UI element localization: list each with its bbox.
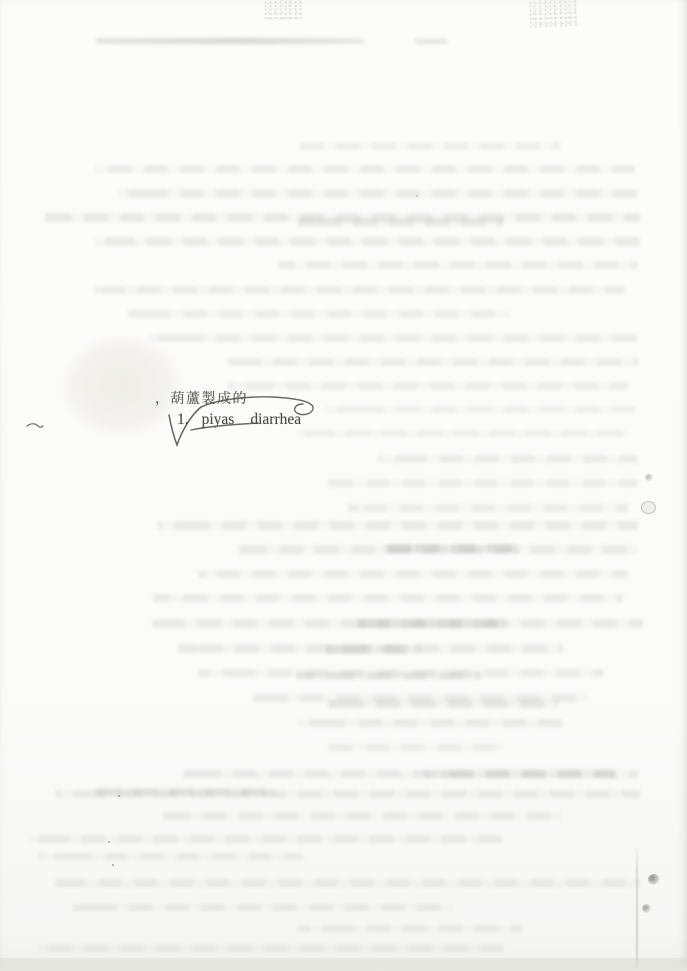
- ink-smudge-top-left: [263, 0, 303, 20]
- bleed-row-dark: [95, 788, 275, 796]
- bleed-row: [178, 644, 563, 653]
- bleed-row-dark: [326, 645, 421, 654]
- ink-smudge-top-right: [528, 0, 579, 29]
- bleed-row-dark: [296, 672, 481, 680]
- bleed-row: [198, 669, 603, 677]
- bleed-row: [278, 261, 638, 269]
- paper-blemish-right-lower: [641, 501, 656, 514]
- bleed-row: [228, 358, 638, 366]
- bleed-row: [148, 334, 638, 342]
- faded-header-line-segment: [415, 39, 447, 44]
- bleed-row: [348, 504, 628, 512]
- bleed-row: [128, 310, 508, 318]
- bleed-row: [325, 406, 635, 413]
- bleed-row: [118, 189, 638, 198]
- bleed-row: [38, 853, 303, 860]
- entry-term: piyas: [202, 411, 235, 428]
- pencil-speck: [108, 841, 110, 843]
- bleed-row: [228, 382, 628, 390]
- bleed-row: [328, 744, 503, 751]
- bleed-row: [55, 879, 640, 887]
- bleed-row: [253, 694, 588, 702]
- bleed-row: [73, 904, 453, 911]
- pencil-speck: [112, 864, 114, 866]
- chinese-note-text: ，葫蘆製成的: [155, 388, 248, 408]
- bleed-row-dark: [425, 770, 615, 778]
- bleed-row: [95, 165, 635, 173]
- bleed-row: [328, 479, 638, 487]
- pencil-speck: [118, 795, 120, 797]
- bleed-row: [298, 925, 523, 932]
- bleed-row: [95, 237, 640, 246]
- bleed-row: [158, 521, 638, 530]
- dictionary-entry-line: 1.piyasdiarrhea: [177, 411, 301, 429]
- bleed-row: [238, 545, 638, 554]
- bleed-row-dark: [383, 544, 518, 553]
- binding-hole-upper: [648, 874, 660, 885]
- handwritten-pen-marks: [0, 0, 687, 971]
- bleed-row: [95, 286, 625, 294]
- bleed-row-dark: [328, 700, 558, 708]
- bleed-row: [298, 430, 628, 437]
- bleed-row: [378, 455, 638, 463]
- bleed-row-dark: [356, 619, 506, 628]
- bleed-row: [153, 619, 643, 628]
- pen-tilde-mark: [27, 424, 43, 427]
- paper-blemish-right-upper: [645, 474, 653, 481]
- bleed-row: [298, 719, 563, 727]
- bleed-row: [28, 835, 503, 843]
- bleed-row: [300, 142, 560, 150]
- scanned-page: ，葫蘆製成的 1.piyasdiarrhea: [0, 0, 687, 971]
- bleed-row: [38, 945, 503, 952]
- scan-bottom-edge: [0, 958, 687, 971]
- entry-gloss: diarrhea: [250, 411, 301, 428]
- bleed-row-dark: [298, 218, 503, 227]
- pencil-speck: [416, 195, 418, 197]
- bleed-row: [183, 770, 638, 778]
- binding-hole-lower: [642, 904, 651, 913]
- bleed-row: [198, 570, 628, 578]
- bleed-row: [45, 213, 640, 222]
- bleed-row: [55, 790, 640, 798]
- faded-header-line: [96, 38, 364, 44]
- bleed-row: [153, 594, 623, 602]
- entry-number: 1.: [177, 411, 189, 428]
- paper-stain: [62, 336, 182, 436]
- page-fold-line: [636, 845, 638, 971]
- bleed-row: [163, 812, 563, 820]
